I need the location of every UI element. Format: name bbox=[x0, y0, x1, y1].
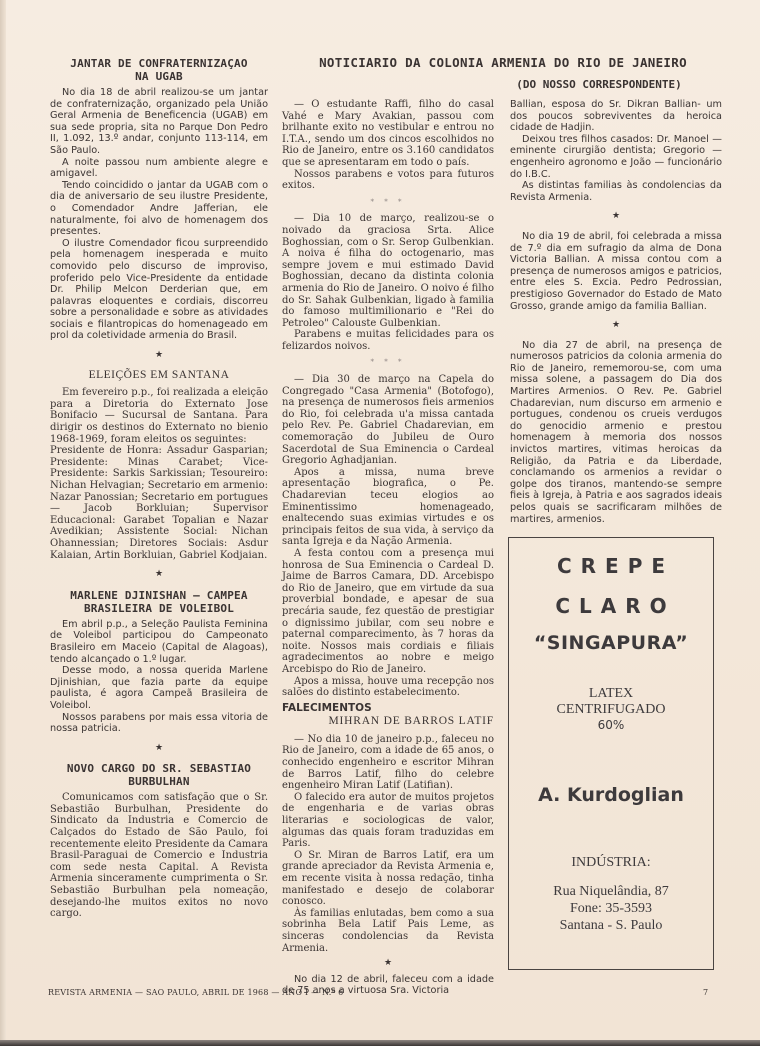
paragraph: As distintas familias às condolencias da… bbox=[510, 180, 722, 203]
ad-address: Rua Niquelândia, 87 bbox=[509, 883, 713, 900]
paragraph: Presidente de Honra: Assadur Gasparian; … bbox=[50, 445, 268, 561]
right-column: Ballian, esposa do Sr. Dikran Ballian- u… bbox=[510, 99, 722, 525]
paragraph: Nossos parabens por mais essa vitoria de… bbox=[50, 712, 268, 735]
ad-industry-label: INDÚSTRIA: bbox=[509, 854, 713, 871]
article-marlene: MARLENE DJINISHAN — CAMPEA BRASILEIRA DE… bbox=[50, 589, 268, 735]
ad-city: Santana - S. Paulo bbox=[509, 917, 713, 934]
paragraph: Em fevereiro p.p., foi realizada a eleiç… bbox=[50, 387, 268, 445]
star-separator: ★ bbox=[510, 320, 722, 332]
star-separator: ★ bbox=[50, 569, 268, 581]
article-burbulhan: NOVO CARGO DO SR. SEBASTIAO BURBULHAN Co… bbox=[50, 762, 268, 920]
paragraph: Apos a missa, numa breve apresentação bi… bbox=[282, 467, 494, 548]
ad-phone: Fone: 35-3593 bbox=[509, 900, 713, 917]
title-line: NA UGAB bbox=[50, 70, 268, 83]
paragraph: Ballian, esposa do Sr. Dikran Ballian- u… bbox=[510, 99, 722, 134]
star-separator: ★ bbox=[510, 211, 722, 223]
article-title: MARLENE DJINISHAN — CAMPEA BRASILEIRA DE… bbox=[50, 589, 268, 615]
paragraph: Desse modo, a nossa querida Marlene Djin… bbox=[50, 665, 268, 711]
star-separator: ★ bbox=[50, 743, 268, 755]
ad-brand: A. Kurdoglian bbox=[509, 784, 713, 806]
paragraph: O ilustre Comendador ficou surpreendido … bbox=[50, 238, 268, 342]
ad-product-line: CENTRIFUGADO bbox=[509, 702, 713, 718]
title-line: MARLENE DJINISHAN — CAMPEA bbox=[50, 589, 268, 602]
paragraph: — O estudante Raffi, filho do casal Vahé… bbox=[282, 99, 494, 169]
paragraph: No dia 19 de abril, foi celebrada a miss… bbox=[510, 231, 722, 312]
article-eleicoes: ELEIÇÕES EM SANTANA Em fevereiro p.p., f… bbox=[50, 370, 268, 562]
paragraph: Deixou tres filhos casados: Dr. Manoel —… bbox=[510, 134, 722, 180]
title-line: JANTAR DE CONFRATERNIZAÇAO bbox=[50, 57, 268, 70]
paragraph: Nossos parabens e votos para futuros exi… bbox=[282, 169, 494, 192]
ad-product-name: “SINGAPURA” bbox=[509, 632, 713, 654]
paragraph: Apos a missa, houve uma recepção nos sal… bbox=[282, 676, 494, 699]
magazine-page: JANTAR DE CONFRATERNIZAÇAO NA UGAB No di… bbox=[0, 0, 760, 1046]
dots-separator: * * * bbox=[282, 197, 494, 209]
ad-product-line: LATEX bbox=[509, 686, 713, 702]
page-shadow bbox=[0, 1040, 760, 1046]
ad-product-line: 60% bbox=[509, 718, 713, 732]
paragraph: O falecido era autor de muitos projetos … bbox=[282, 792, 494, 850]
section-title: NOTICIARIO DA COLONIA ARMENIA DO RIO DE … bbox=[293, 55, 713, 70]
paragraph: A festa contou com a presença mui honros… bbox=[282, 548, 494, 676]
paragraph: Parabens e muitas felicidades para os fe… bbox=[282, 329, 494, 352]
paragraph: A noite passou num ambiente alegre e ami… bbox=[50, 157, 268, 180]
title-line: BURBULHAN bbox=[50, 775, 268, 788]
star-separator: ★ bbox=[50, 350, 268, 362]
ad-line-crepe: CREPE bbox=[509, 554, 713, 578]
obituary-name: MIHRAN DE BARROS LATIF bbox=[282, 716, 494, 728]
paragraph: — No dia 10 de janeiro p.p., faleceu no … bbox=[282, 734, 494, 792]
paragraph: O Sr. Miran de Barros Latif, era um gran… bbox=[282, 850, 494, 908]
falecimentos-heading: FALECIMENTOS bbox=[282, 703, 494, 715]
paragraph: Tendo coincidido o jantar da UGAB com o … bbox=[50, 180, 268, 238]
article-title: NOVO CARGO DO SR. SEBASTIAO BURBULHAN bbox=[50, 762, 268, 788]
paragraph: Em abril p.p., a Seleção Paulista Femini… bbox=[50, 619, 268, 665]
article-title: JANTAR DE CONFRATERNIZAÇAO NA UGAB bbox=[50, 57, 268, 83]
star-separator: ★ bbox=[282, 958, 494, 970]
paragraph: — Dia 10 de março, realizou-se o noivado… bbox=[282, 213, 494, 329]
article-title: ELEIÇÕES EM SANTANA bbox=[50, 370, 268, 382]
page-edge bbox=[0, 0, 6, 1046]
section-subtitle: (DO NOSSO CORRESPONDENTE) bbox=[488, 78, 710, 91]
paragraph: Às familias enlutadas, bem como a sua so… bbox=[282, 908, 494, 954]
dots-separator: * * * bbox=[282, 357, 494, 369]
paragraph: No dia 18 de abril realizou-se um jantar… bbox=[50, 87, 268, 157]
paragraph: — Dia 30 de março na Capela do Congregad… bbox=[282, 374, 494, 467]
title-line: BRASILEIRA DE VOLEIBOL bbox=[50, 602, 268, 615]
middle-column: — O estudante Raffi, filho do casal Vahé… bbox=[282, 99, 494, 997]
page-number: 7 bbox=[703, 988, 708, 997]
paragraph: No dia 27 de abril, na presença de numer… bbox=[510, 340, 722, 526]
publication-footer: REVISTA ARMENIA — SAO PAULO, ABRIL DE 19… bbox=[48, 988, 343, 997]
left-column: JANTAR DE CONFRATERNIZAÇAO NA UGAB No di… bbox=[50, 57, 268, 920]
ad-line-claro: CLARO bbox=[509, 594, 713, 618]
advertisement-box: CREPE CLARO “SINGAPURA” LATEX CENTRIFUGA… bbox=[508, 537, 714, 970]
title-line: NOVO CARGO DO SR. SEBASTIAO bbox=[50, 762, 268, 775]
article-jantar: JANTAR DE CONFRATERNIZAÇAO NA UGAB No di… bbox=[50, 57, 268, 342]
paragraph: Comunicamos com satisfação que o Sr. Seb… bbox=[50, 792, 268, 920]
